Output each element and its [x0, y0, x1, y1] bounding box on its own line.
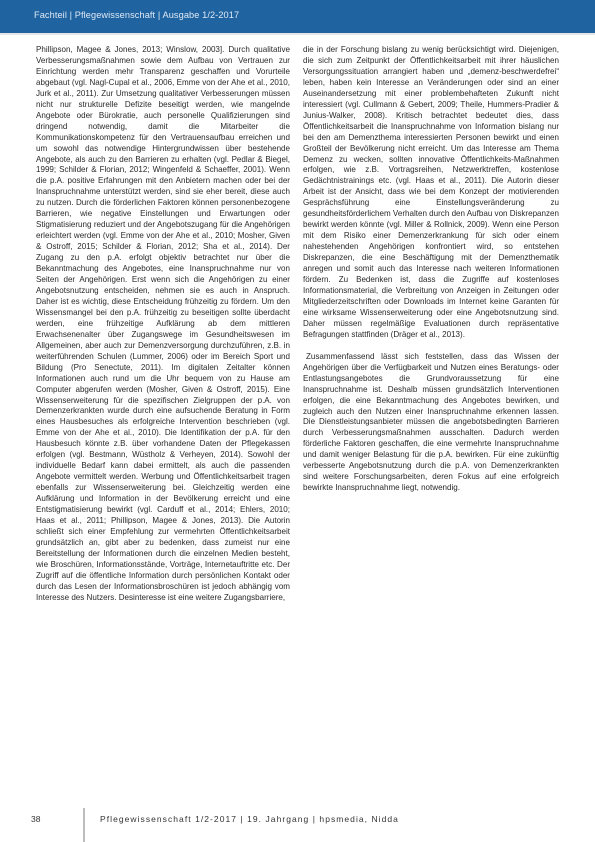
footer-divider — [83, 808, 85, 842]
summary-paragraph: Zusammenfassend lässt sich feststellen, … — [303, 352, 559, 494]
page-number: 38 — [31, 814, 40, 824]
left-column: Phillipson, Magee & Jones, 2013; Winslow… — [36, 45, 290, 604]
body-paragraph: die in der Forschung bislang zu wenig be… — [303, 45, 559, 341]
right-column: die in der Forschung bislang zu wenig be… — [303, 45, 559, 494]
running-title: Fachteil | Pflegewissenschaft | Ausgabe … — [34, 10, 239, 20]
publication-info: Pflegewissenschaft 1/2-2017 | 19. Jahrga… — [100, 814, 399, 824]
body-paragraph: Phillipson, Magee & Jones, 2013; Winslow… — [36, 45, 290, 604]
header-band: Fachteil | Pflegewissenschaft | Ausgabe … — [0, 0, 595, 35]
